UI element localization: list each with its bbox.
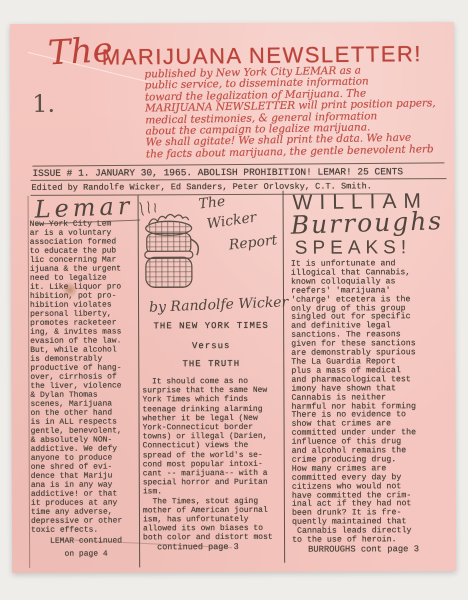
wicker-headline-times: THE NEW YORK TIMES [142, 321, 280, 332]
masthead-intro-paragraph: published by New York City LEMAR as a pu… [144, 64, 451, 161]
wicker-report-title-word: Report [228, 232, 278, 253]
lemar-continued-note: LEMAR continued on page 4 [36, 534, 136, 560]
wicker-basket-icon [135, 199, 203, 297]
column-divider [283, 191, 286, 563]
burroughs-heading-line: Burroughs [290, 206, 443, 240]
newsletter-page: The MARIJUANA NEWSLETTER! 1. published b… [10, 22, 456, 573]
burroughs-heading-line: SPEAKS! [295, 237, 411, 260]
wicker-headline-versus: Versus [142, 341, 280, 352]
margin-mark: 1. [32, 90, 55, 118]
lemar-article-body: New York City Lem ar is a voluntary asso… [30, 219, 139, 534]
wicker-article-body: It should come as no surprise that the s… [142, 377, 283, 543]
wicker-headline-truth: THE TRUTH [142, 359, 280, 370]
burroughs-continued-note: BURROUGHS cont page 3 [308, 544, 419, 554]
issue-line: ISSUE # 1. JANUARY 30, 1965. ABOLISH PRO… [32, 166, 452, 179]
burroughs-article-body: It is unfortunate and illogical that Can… [291, 260, 448, 546]
wicker-report-title-word: Wicker [206, 210, 258, 233]
wicker-byline: by Randolfe Wicker [149, 294, 289, 315]
wicker-report-title-word: The [198, 194, 226, 213]
wicker-continued-note: continued page 3 [157, 542, 239, 552]
